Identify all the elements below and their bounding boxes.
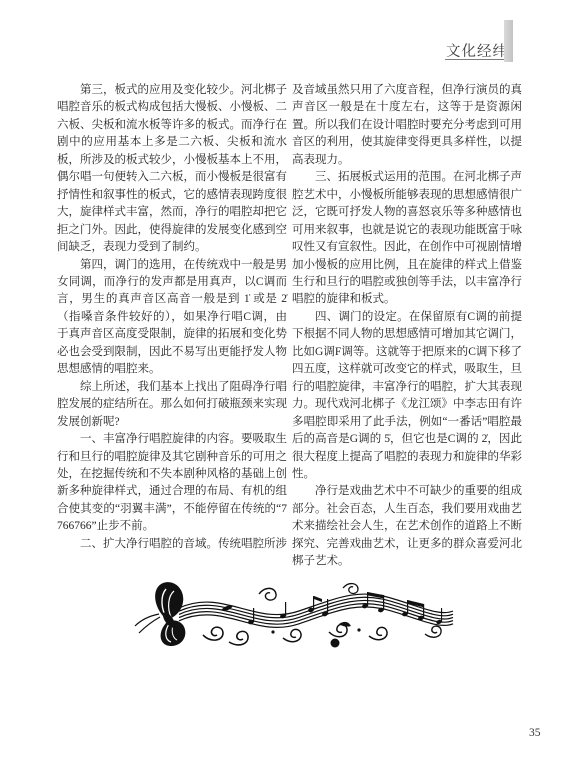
section-header-label: 文化经纬 (446, 40, 508, 61)
section-header-bar (504, 20, 513, 62)
right-column: 及音域虽然只用了六度音程，但净行演员的真声音区一般是在十度左右，这等于是资源闲置… (292, 82, 522, 571)
paragraph: 第三，板式的应用及变化较少。河北梆子唱腔音乐的板式构成包括大慢板、小慢板、二六板… (57, 82, 287, 257)
article-body: 第三，板式的应用及变化较少。河北梆子唱腔音乐的板式构成包括大慢板、小慢板、二六板… (57, 82, 522, 571)
paragraph: 净行是戏曲艺术中不可缺少的重要的组成部分。社会百态，人生百态，我们要用戏曲艺术来… (292, 483, 522, 570)
left-column: 第三，板式的应用及变化较少。河北梆子唱腔音乐的板式构成包括大慢板、小慢板、二六板… (57, 82, 287, 571)
paragraph: 三、拓展板式运用的范围。在河北梆子声腔艺术中，小慢板所能够表现的思想感情很广泛，… (292, 169, 522, 309)
paragraph: 二、扩大净行唱腔的音域。传统唱腔所涉 (57, 536, 287, 553)
paragraph: 四、调门的设定。在保留原有C调的前提下根据不同人物的思想感情可增加其它调门，比如… (292, 309, 522, 484)
paragraph-continuation: 及音域虽然只用了六度音程，但净行演员的真声音区一般是在十度左右，这等于是资源闲置… (292, 82, 522, 169)
butterfly-music-ornament-svg (133, 580, 455, 654)
page-number: 35 (529, 727, 541, 739)
section-header-underline (445, 59, 507, 60)
butterfly-music-ornament (133, 580, 455, 654)
paragraph: 一、丰富净行唱腔旋律的内容。要吸取生行和旦行的唱腔旋律及其它剧种音乐的可用之处，… (57, 431, 287, 536)
paragraph: 综上所述，我们基本上找出了阻碍净行唱腔发展的症结所在。那么如何打破瓶颈来实现发展… (57, 379, 287, 431)
paragraph: 第四，调门的选用，在传统戏中一般是男女同调，而净行的发声都是用真声，以C调而言，… (57, 257, 287, 379)
